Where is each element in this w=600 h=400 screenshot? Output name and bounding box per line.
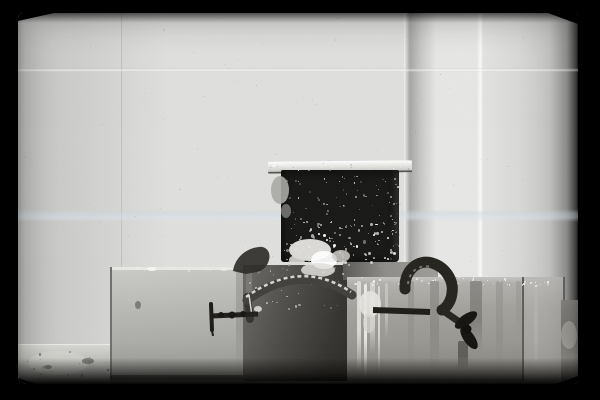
- frame-corner-top-right: [548, 13, 578, 24]
- top-edge-shadow: [18, 13, 578, 23]
- frame-corner-bottom-left: [18, 378, 36, 384]
- frame-corner-bottom-right: [556, 376, 578, 384]
- speckle: [224, 64, 225, 65]
- speckle: [266, 25, 267, 26]
- speckle: [256, 85, 257, 86]
- speckle: [315, 104, 316, 105]
- speckle: [262, 43, 263, 44]
- speckle: [387, 133, 388, 134]
- speckle: [197, 148, 198, 150]
- speckle: [272, 256, 273, 257]
- faint-horizontal-band-upper: [18, 68, 578, 72]
- frame-corner-top-left: [18, 13, 54, 21]
- speckle: [377, 150, 378, 151]
- speckle: [302, 98, 303, 99]
- speckle: [283, 150, 284, 151]
- casting-box: [281, 170, 399, 262]
- speckle: [245, 240, 246, 241]
- speckle: [399, 246, 401, 247]
- speckle: [193, 52, 194, 53]
- bottom-shadow-band: [18, 358, 578, 384]
- speckle: [237, 81, 238, 82]
- speckle: [217, 177, 218, 178]
- speckle: [276, 153, 277, 154]
- speckle: [399, 204, 401, 205]
- speckle: [335, 39, 336, 41]
- speckle: [297, 103, 299, 104]
- speckle: [349, 26, 350, 27]
- speckle: [203, 96, 204, 97]
- speckle: [312, 99, 313, 101]
- film-slide-frame: [0, 0, 600, 400]
- speckle: [179, 189, 181, 191]
- speckle: [238, 60, 239, 61]
- speckle: [234, 178, 235, 179]
- speckle: [194, 264, 195, 265]
- photograph: [18, 13, 578, 384]
- speckle: [273, 141, 274, 142]
